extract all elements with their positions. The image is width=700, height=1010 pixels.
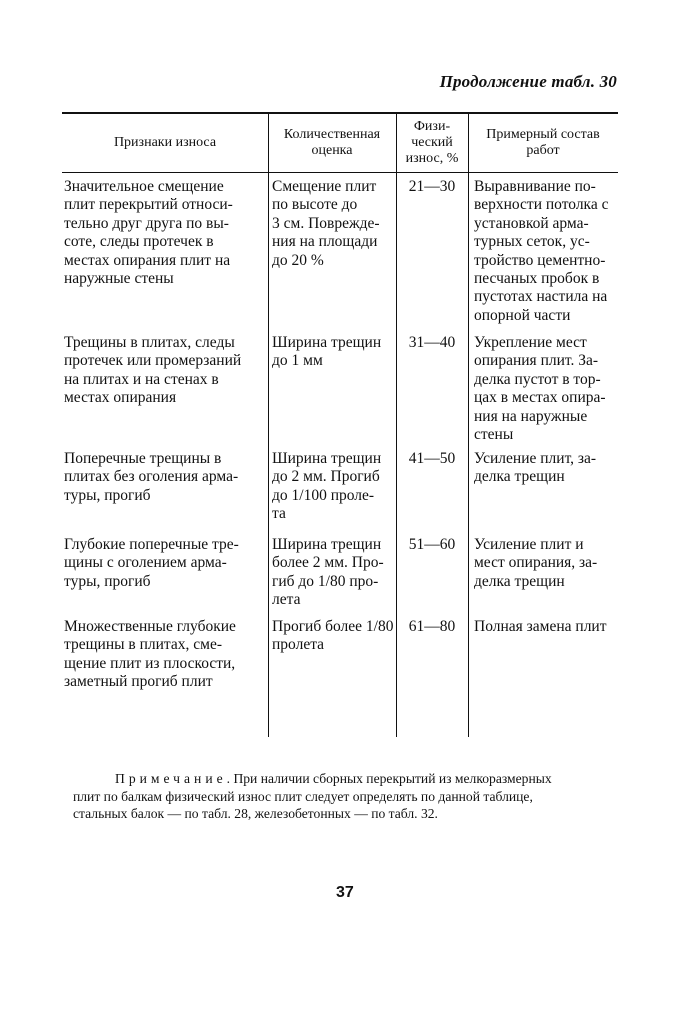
cell-signs-line: Поперечные трещины в bbox=[64, 450, 264, 468]
cell-works: Усиление плит имест опирания, за-делка т… bbox=[474, 536, 622, 591]
cell-works-line: Усиление плит и bbox=[474, 536, 622, 554]
cell-physical-wear: 61—80 bbox=[396, 618, 468, 636]
cell-quantitative-line: Смещение плит bbox=[272, 178, 394, 196]
cell-works-line: тройство цементно- bbox=[474, 252, 622, 270]
cell-quantitative-line: до 1/100 проле- bbox=[272, 487, 394, 505]
header-signs: Признаки износа bbox=[62, 114, 268, 172]
cell-signs-line: наружные стены bbox=[64, 270, 264, 288]
cell-works-line: опирания плит. За- bbox=[474, 352, 622, 370]
footnote-text: плит по балкам физический износ плит сле… bbox=[73, 789, 533, 804]
column-divider bbox=[468, 114, 469, 737]
footnote: Примечание. При наличии сборных перекрыт… bbox=[73, 770, 621, 823]
cell-works-line: Выравнивание по- bbox=[474, 178, 622, 196]
cell-physical-wear: 31—40 bbox=[396, 334, 468, 352]
header-works-line: работ bbox=[486, 143, 599, 159]
cell-works-line: опорной части bbox=[474, 307, 622, 325]
cell-signs: Поперечные трещины вплитах без оголения … bbox=[64, 450, 264, 505]
cell-quantitative-line: по высоте до bbox=[272, 196, 394, 214]
cell-signs: Значительное смещениеплит перекрытий отн… bbox=[64, 178, 264, 288]
cell-works-line: Укрепление мест bbox=[474, 334, 622, 352]
cell-quantitative-line: до 20 % bbox=[272, 252, 394, 270]
cell-signs-line: на плитах и на стенах в bbox=[64, 371, 264, 389]
header-works-line: Примерный состав bbox=[486, 127, 599, 143]
table-caption: Продолжение табл. 30 bbox=[440, 72, 617, 92]
cell-quantitative: Ширина трещиндо 2 мм. Прогибдо 1/100 про… bbox=[272, 450, 394, 524]
header-quantitative-line: Количественная bbox=[284, 127, 380, 143]
cell-signs-line: Множественные глубокие bbox=[64, 618, 264, 636]
cell-signs-line: плит перекрытий относи- bbox=[64, 196, 264, 214]
cell-works-line: Усиление плит, за- bbox=[474, 450, 622, 468]
cell-signs-line: заметный прогиб плит bbox=[64, 673, 264, 691]
cell-quantitative-line: до 2 мм. Прогиб bbox=[272, 468, 394, 486]
footnote-label: Примечание bbox=[115, 771, 227, 786]
header-physical-line: ческий bbox=[406, 135, 459, 151]
cell-works-line: ния на наружные bbox=[474, 408, 622, 426]
cell-signs-line: туры, прогиб bbox=[64, 573, 264, 591]
header-physical-line: Физи- bbox=[406, 119, 459, 135]
cell-signs-line: щины с оголением арма- bbox=[64, 554, 264, 572]
cell-signs: Множественные глубокиетрещины в плитах, … bbox=[64, 618, 264, 692]
cell-signs-line: Глубокие поперечные тре- bbox=[64, 536, 264, 554]
column-divider bbox=[268, 114, 269, 737]
cell-signs-line: плитах без оголения арма- bbox=[64, 468, 264, 486]
cell-quantitative: Прогиб более 1/80пролета bbox=[272, 618, 394, 655]
cell-quantitative-line: гиб до 1/80 про- bbox=[272, 573, 394, 591]
cell-physical-wear: 51—60 bbox=[396, 536, 468, 554]
cell-signs-line: Трещины в плитах, следы bbox=[64, 334, 264, 352]
cell-signs: Глубокие поперечные тре-щины с оголением… bbox=[64, 536, 264, 591]
cell-quantitative: Ширина трещиндо 1 мм bbox=[272, 334, 394, 371]
cell-signs-line: трещины в плитах, сме- bbox=[64, 636, 264, 654]
cell-quantitative-line: Ширина трещин bbox=[272, 450, 394, 468]
header-signs-text: Признаки износа bbox=[114, 135, 216, 151]
cell-works-line: верхности потолка с bbox=[474, 196, 622, 214]
cell-quantitative: Ширина трещинболее 2 мм. Про-гиб до 1/80… bbox=[272, 536, 394, 610]
cell-works: Усиление плит, за-делка трещин bbox=[474, 450, 622, 487]
cell-works: Укрепление местопирания плит. За-делка п… bbox=[474, 334, 622, 444]
page-number: 37 bbox=[336, 884, 354, 902]
header-works: Примерный составработ bbox=[468, 114, 618, 172]
header-physical-line: износ, % bbox=[406, 151, 459, 167]
cell-quantitative-line: более 2 мм. Про- bbox=[272, 554, 394, 572]
cell-quantitative-line: до 1 мм bbox=[272, 352, 394, 370]
cell-works-line: делка трещин bbox=[474, 468, 622, 486]
column-divider bbox=[396, 114, 397, 737]
cell-works-line: установкой арма- bbox=[474, 215, 622, 233]
cell-works-line: песчаных пробок в bbox=[474, 270, 622, 288]
table-header: Признаки износа Количественнаяоценка Физ… bbox=[62, 114, 618, 172]
cell-quantitative-line: ния на площади bbox=[272, 233, 394, 251]
cell-quantitative-line: Прогиб более 1/80 bbox=[272, 618, 394, 636]
cell-signs-line: тельно друг друга по вы- bbox=[64, 215, 264, 233]
cell-works-line: Полная замена плит bbox=[474, 618, 622, 636]
cell-works-line: пустотах настила на bbox=[474, 288, 622, 306]
cell-works-line: мест опирания, за- bbox=[474, 554, 622, 572]
cell-quantitative-line: Ширина трещин bbox=[272, 536, 394, 554]
cell-signs-line: протечек или промерзаний bbox=[64, 352, 264, 370]
cell-works: Выравнивание по-верхности потолка сустан… bbox=[474, 178, 622, 325]
cell-quantitative: Смещение плитпо высоте до3 см. Поврежде-… bbox=[272, 178, 394, 270]
cell-works-line: стены bbox=[474, 426, 622, 444]
cell-quantitative-line: Ширина трещин bbox=[272, 334, 394, 352]
cell-quantitative-line: пролета bbox=[272, 636, 394, 654]
cell-works-line: делка трещин bbox=[474, 573, 622, 591]
cell-quantitative-line: лета bbox=[272, 591, 394, 609]
header-quantitative: Количественнаяоценка bbox=[268, 114, 396, 172]
cell-works-line: цах в местах опира- bbox=[474, 389, 622, 407]
cell-signs-line: Значительное смещение bbox=[64, 178, 264, 196]
cell-signs-line: местах опирания плит на bbox=[64, 252, 264, 270]
cell-signs-line: туры, прогиб bbox=[64, 487, 264, 505]
cell-quantitative-line: 3 см. Поврежде- bbox=[272, 215, 394, 233]
cell-works-line: делка пустот в тор- bbox=[474, 371, 622, 389]
footnote-text: . При наличии сборных перекрытий из мелк… bbox=[227, 771, 552, 786]
cell-signs-line: соте, следы протечек в bbox=[64, 233, 264, 251]
cell-signs-line: местах опирания bbox=[64, 389, 264, 407]
header-physical-wear: Физи-ческийизнос, % bbox=[396, 114, 468, 172]
cell-physical-wear: 21—30 bbox=[396, 178, 468, 196]
footnote-text: стальных балок — по табл. 28, железобето… bbox=[73, 806, 438, 821]
cell-physical-wear: 41—50 bbox=[396, 450, 468, 468]
header-bottom-rule bbox=[62, 172, 618, 173]
cell-quantitative-line: та bbox=[272, 505, 394, 523]
cell-signs-line: щение плит из плоскости, bbox=[64, 655, 264, 673]
cell-works-line: турных сеток, ус- bbox=[474, 233, 622, 251]
header-quantitative-line: оценка bbox=[284, 143, 380, 159]
cell-works: Полная замена плит bbox=[474, 618, 622, 636]
cell-signs: Трещины в плитах, следыпротечек или пром… bbox=[64, 334, 264, 408]
